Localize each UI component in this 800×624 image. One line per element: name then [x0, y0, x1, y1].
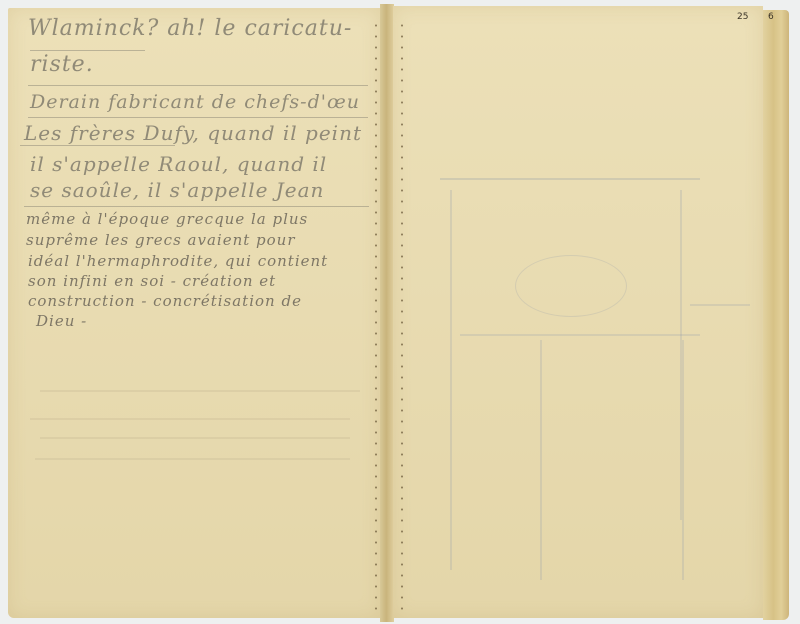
- page-number: 25: [737, 12, 748, 22]
- pencil-sketch: [450, 190, 454, 570]
- handwritten-line: Wlaminck? ah! le caricatu-: [28, 16, 352, 41]
- pencil-sketch: [440, 170, 700, 180]
- pencil-sketch: [690, 300, 750, 306]
- handwritten-line: suprême les grecs avaient pour: [26, 231, 296, 249]
- perforation-left: [375, 20, 377, 610]
- handwritten-line: idéal l'hermaphrodite, qui contient: [28, 252, 328, 270]
- handwritten-line: Dieu -: [36, 312, 87, 330]
- pencil-sketch: [460, 330, 700, 336]
- handwritten-line: Derain fabricant de chefs-d'œu: [30, 91, 360, 113]
- handwritten-line: il s'appelle Raoul, quand il: [30, 152, 327, 176]
- separator-rule: [24, 206, 369, 207]
- handwritten-line: son infini en soi - création et: [28, 272, 276, 290]
- page-stack-edge: [763, 10, 789, 620]
- handwritten-line: même à l'époque grecque la plus: [26, 210, 308, 228]
- handwritten-line: Les frères Dufy, quand il peint: [24, 121, 362, 145]
- underline: [20, 145, 175, 146]
- separator-rule: [28, 85, 368, 86]
- notebook-gutter: [380, 4, 394, 622]
- bleed-through: [40, 437, 350, 439]
- handwritten-line: construction - concrétisation de: [28, 292, 302, 310]
- perforation-right: [401, 20, 403, 610]
- underline: [30, 50, 145, 51]
- bleed-through: [35, 458, 350, 460]
- handwritten-line: riste.: [30, 52, 94, 77]
- pencil-sketch: [515, 255, 627, 317]
- separator-rule: [28, 117, 368, 118]
- bleed-through: [40, 390, 360, 392]
- page-number-secondary: 6: [768, 12, 774, 22]
- handwritten-line: se saoûle, il s'appelle Jean: [30, 178, 324, 202]
- pencil-sketch: [540, 340, 684, 580]
- bleed-through: [30, 418, 350, 420]
- notebook-spread: Wlaminck? ah! le caricatu- riste. Derain…: [0, 0, 800, 624]
